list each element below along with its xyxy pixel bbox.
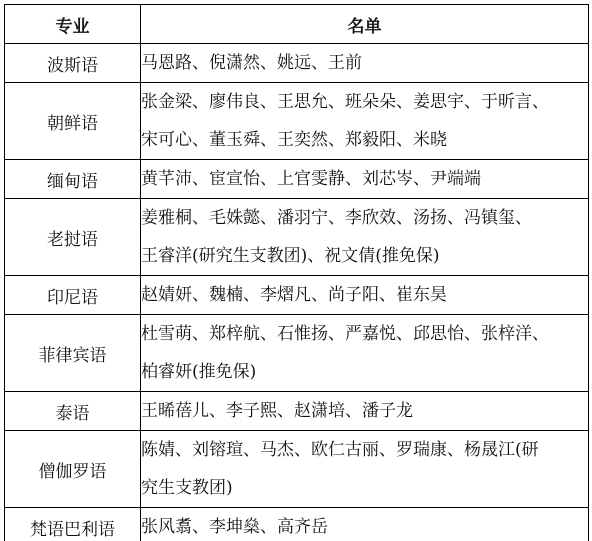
names-line: 杜雪萌、郑梓航、石惟扬、严嘉悦、邱思怡、张梓洋、 (141, 315, 588, 353)
names-line: 马恩路、倪潇然、姚远、王前 (141, 44, 588, 82)
major-cell: 泰语 (5, 392, 141, 431)
major-cell: 老挝语 (5, 199, 141, 276)
names-cell: 赵婧妍、魏楠、李熠凡、尚子阳、崔东昊 (141, 276, 589, 315)
names-line: 王晞蓓儿、李子熙、赵潇培、潘子龙 (141, 392, 588, 430)
header-names: 名单 (141, 5, 589, 44)
names-cell: 张风翥、李坤燊、高齐岳 (141, 508, 589, 541)
names-cell: 黄芊沛、宦宣怡、上官雯静、刘芯岑、尹端端 (141, 160, 589, 199)
header-row: 专业 名单 (5, 5, 589, 44)
major-cell: 梵语巴利语 (5, 508, 141, 541)
header-major: 专业 (5, 5, 141, 44)
table-row: 僧伽罗语 陈婧、刘镕瑄、马杰、欧仁古丽、罗瑞康、杨晟江(研 究生支教团) (5, 431, 589, 508)
names-line: 赵婧妍、魏楠、李熠凡、尚子阳、崔东昊 (141, 276, 588, 314)
major-cell: 印尼语 (5, 276, 141, 315)
table-row: 菲律宾语 杜雪萌、郑梓航、石惟扬、严嘉悦、邱思怡、张梓洋、 柏睿妍(推免保) (5, 315, 589, 392)
names-line: 王睿洋(研究生支教团)、祝文倩(推免保) (141, 237, 588, 275)
table-row: 泰语 王晞蓓儿、李子熙、赵潇培、潘子龙 (5, 392, 589, 431)
names-line: 张风翥、李坤燊、高齐岳 (141, 508, 588, 541)
names-line: 黄芊沛、宦宣怡、上官雯静、刘芯岑、尹端端 (141, 160, 588, 198)
table-row: 印尼语 赵婧妍、魏楠、李熠凡、尚子阳、崔东昊 (5, 276, 589, 315)
names-line: 究生支教团) (141, 469, 588, 507)
major-cell: 缅甸语 (5, 160, 141, 199)
major-cell: 波斯语 (5, 44, 141, 83)
table-row: 缅甸语 黄芊沛、宦宣怡、上官雯静、刘芯岑、尹端端 (5, 160, 589, 199)
major-cell: 菲律宾语 (5, 315, 141, 392)
table-row: 波斯语 马恩路、倪潇然、姚远、王前 (5, 44, 589, 83)
names-cell: 姜雅桐、毛姝懿、潘羽宁、李欣效、汤扬、冯镇玺、 王睿洋(研究生支教团)、祝文倩(… (141, 199, 589, 276)
names-cell: 马恩路、倪潇然、姚远、王前 (141, 44, 589, 83)
roster-table: 专业 名单 波斯语 马恩路、倪潇然、姚远、王前 朝鲜语 张金梁、廖伟良、王思允、… (4, 4, 589, 541)
names-cell: 杜雪萌、郑梓航、石惟扬、严嘉悦、邱思怡、张梓洋、 柏睿妍(推免保) (141, 315, 589, 392)
names-cell: 陈婧、刘镕瑄、马杰、欧仁古丽、罗瑞康、杨晟江(研 究生支教团) (141, 431, 589, 508)
table-row: 朝鲜语 张金梁、廖伟良、王思允、班朵朵、姜思宇、于昕言、 宋可心、董玉舜、王奕然… (5, 83, 589, 160)
names-line: 姜雅桐、毛姝懿、潘羽宁、李欣效、汤扬、冯镇玺、 (141, 199, 588, 237)
table-row: 老挝语 姜雅桐、毛姝懿、潘羽宁、李欣效、汤扬、冯镇玺、 王睿洋(研究生支教团)、… (5, 199, 589, 276)
names-line: 宋可心、董玉舜、王奕然、郑毅阳、米晓 (141, 121, 588, 159)
major-cell: 朝鲜语 (5, 83, 141, 160)
table-row: 梵语巴利语 张风翥、李坤燊、高齐岳 (5, 508, 589, 541)
names-line: 陈婧、刘镕瑄、马杰、欧仁古丽、罗瑞康、杨晟江(研 (141, 431, 588, 469)
names-cell: 王晞蓓儿、李子熙、赵潇培、潘子龙 (141, 392, 589, 431)
names-line: 张金梁、廖伟良、王思允、班朵朵、姜思宇、于昕言、 (141, 83, 588, 121)
major-cell: 僧伽罗语 (5, 431, 141, 508)
names-cell: 张金梁、廖伟良、王思允、班朵朵、姜思宇、于昕言、 宋可心、董玉舜、王奕然、郑毅阳… (141, 83, 589, 160)
names-line: 柏睿妍(推免保) (141, 353, 588, 391)
